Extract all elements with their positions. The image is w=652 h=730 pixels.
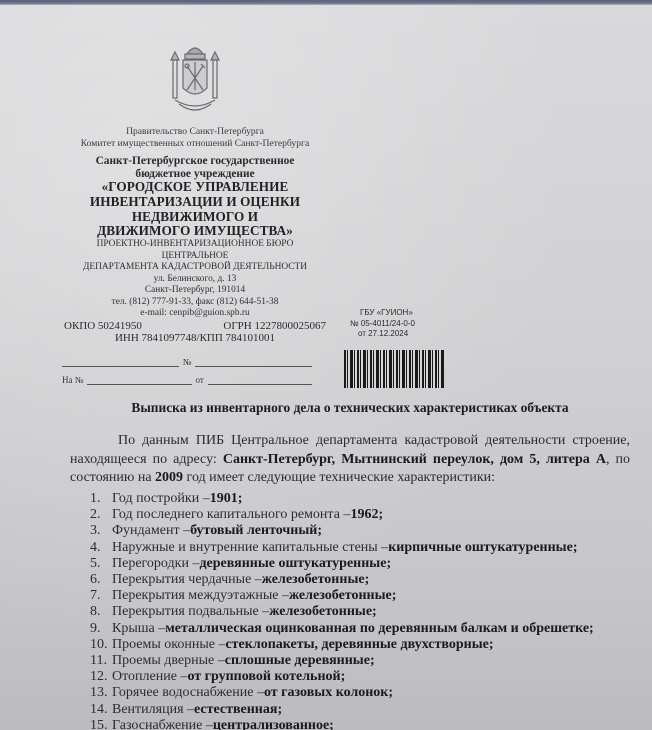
status-year: 2009 bbox=[155, 470, 183, 485]
number-label: № bbox=[179, 357, 196, 367]
item-value: 1901; bbox=[210, 491, 243, 507]
item-number: 13. bbox=[90, 685, 112, 701]
item-value: деревянные оштукатуренные; bbox=[199, 556, 391, 572]
item-label: Отопление – bbox=[112, 669, 187, 685]
item-value: от групповой котельной; bbox=[187, 669, 345, 685]
intro-text-3: год имеет следующие технические характер… bbox=[183, 470, 495, 485]
item-number: 11. bbox=[90, 653, 112, 669]
item-label: Газоснабжение – bbox=[112, 718, 213, 730]
reference-number-blank bbox=[87, 373, 191, 385]
list-item: 14.Вентиляция – естественная; bbox=[90, 702, 630, 718]
item-number: 1. bbox=[90, 491, 112, 507]
characteristics-list: 1.Год постройки – 1901; 2.Год последнего… bbox=[90, 491, 630, 730]
list-item: 8.Перекрытия подвальные – железобетонные… bbox=[90, 604, 630, 620]
org-name-line-3: НЕДВИЖИМОГО И bbox=[60, 210, 330, 225]
item-number: 7. bbox=[90, 588, 112, 604]
registration-stamp: ГБУ «ГУИОН» № 05-4011/24-0-0 от 27.12.20… bbox=[350, 308, 460, 340]
item-value: железобетонные; bbox=[269, 604, 376, 620]
list-item: 9.Крыша – металлическая оцинкованная по … bbox=[90, 621, 630, 637]
coat-of-arms-icon bbox=[165, 40, 225, 120]
phone-fax: тел. (812) 777-91-33, факс (812) 644-51-… bbox=[60, 297, 330, 309]
item-number: 14. bbox=[90, 702, 112, 718]
item-value: централизованное; bbox=[213, 718, 334, 730]
item-number: 15. bbox=[90, 718, 112, 730]
item-label: Перекрытия подвальные – bbox=[112, 604, 269, 620]
stamp-org: ГБУ «ГУИОН» bbox=[350, 308, 460, 319]
ogrn-code: ОГРН 1227800025067 bbox=[223, 320, 326, 333]
bureau-line-1: ПРОЕКТНО-ИНВЕНТАРИЗАЦИОННОЕ БЮРО bbox=[60, 239, 330, 251]
item-number: 4. bbox=[90, 540, 112, 556]
document-title: Выписка из инвентарного дела о техническ… bbox=[100, 400, 600, 416]
list-item: 1.Год постройки – 1901; bbox=[90, 491, 630, 507]
item-value: кирпичные оштукатуренные; bbox=[388, 540, 577, 556]
org-name-line-4: ДВИЖИМОГО ИМУЩЕСТВА» bbox=[60, 224, 330, 239]
item-number: 10. bbox=[90, 637, 112, 653]
item-label: Перекрытия чердачные – bbox=[112, 572, 262, 588]
list-item: 13.Горячее водоснабжение – от газовых ко… bbox=[90, 685, 630, 701]
item-label: Горячее водоснабжение – bbox=[112, 685, 264, 701]
letterhead: Правительство Санкт-Петербурга Комитет и… bbox=[60, 40, 330, 345]
street-address: ул. Белинского, д. 13 bbox=[60, 274, 330, 286]
list-item: 6.Перекрытия чердачные – железобетонные; bbox=[90, 572, 630, 588]
list-item: 7.Перекрытия междуэтажные – железобетонн… bbox=[90, 588, 630, 604]
item-label: Проемы оконные – bbox=[112, 637, 225, 653]
item-label: Перегородки – bbox=[112, 556, 199, 572]
registration-fields: № На № от bbox=[62, 349, 312, 385]
item-value: естественная; bbox=[194, 702, 282, 718]
item-value: железобетонные; bbox=[289, 588, 396, 604]
org-name-line-2: ИНВЕНТАРИЗАЦИИ И ОЦЕНКИ bbox=[60, 195, 330, 210]
reference-row: На № от bbox=[62, 367, 312, 385]
outgoing-number-blank bbox=[195, 355, 312, 367]
list-item: 15.Газоснабжение – централизованное; bbox=[90, 718, 630, 730]
list-item: 11.Проемы дверные – сплошные деревянные; bbox=[90, 653, 630, 669]
item-value: железобетонные; bbox=[262, 572, 369, 588]
list-item: 3.Фундамент – бутовый ленточный; bbox=[90, 523, 630, 539]
registry-codes-row: ОКПО 50241950 ОГРН 1227800025067 bbox=[60, 320, 330, 333]
stamp-date: от 27.12.2024 bbox=[350, 329, 460, 340]
item-number: 12. bbox=[90, 669, 112, 685]
org-type-line-1: Санкт-Петербургское государственное bbox=[60, 155, 330, 168]
item-value: бутовый ленточный; bbox=[190, 523, 322, 539]
item-label: Проемы дверные – bbox=[112, 653, 225, 669]
intro-paragraph: По данным ПИБ Центральное департамента к… bbox=[70, 432, 630, 488]
item-label: Вентиляция – bbox=[112, 702, 194, 718]
item-number: 2. bbox=[90, 507, 112, 523]
item-number: 8. bbox=[90, 604, 112, 620]
item-number: 6. bbox=[90, 572, 112, 588]
list-item: 4.Наружные и внутренние капитальные стен… bbox=[90, 540, 630, 556]
item-value: металлическая оцинкованная по деревянным… bbox=[165, 621, 593, 637]
bureau-line-3: ДЕПАРТАМЕНТА КАДАСТРОВОЙ ДЕЯТЕЛЬНОСТИ bbox=[60, 262, 330, 274]
city-postcode: Санкт-Петербург, 191014 bbox=[60, 285, 330, 297]
okpo-code: ОКПО 50241950 bbox=[64, 320, 142, 333]
list-item: 5.Перегородки – деревянные оштукатуренны… bbox=[90, 556, 630, 572]
object-address: Санкт-Петербург, Мытнинский переулок, до… bbox=[223, 452, 606, 467]
inn-kpp-code: ИНН 7841097748/КПП 784101001 bbox=[60, 332, 330, 345]
item-value: сплошные деревянные; bbox=[225, 653, 375, 669]
bureau-line-2: ЦЕНТРАЛЬНОЕ bbox=[60, 251, 330, 263]
document-page: Правительство Санкт-Петербурга Комитет и… bbox=[0, 5, 652, 730]
item-number: 9. bbox=[90, 621, 112, 637]
list-item: 2.Год последнего капитального ремонта – … bbox=[90, 507, 630, 523]
barcode bbox=[344, 350, 444, 388]
item-label: Фундамент – bbox=[112, 523, 190, 539]
item-value: от газовых колонок; bbox=[264, 685, 393, 701]
item-label: Год последнего капитального ремонта – bbox=[112, 507, 350, 523]
list-item: 12.Отопление – от групповой котельной; bbox=[90, 669, 630, 685]
item-number: 5. bbox=[90, 556, 112, 572]
item-label: Перекрытия междуэтажные – bbox=[112, 588, 289, 604]
item-value: стеклопакеты, деревянные двухстворные; bbox=[225, 637, 493, 653]
committee-name: Комитет имущественных отношений Санкт-Пе… bbox=[60, 138, 330, 150]
government-name: Правительство Санкт-Петербурга bbox=[60, 126, 330, 138]
stamp-number: № 05-4011/24-0-0 bbox=[350, 319, 460, 330]
email: e-mail: cenpib@guion.spb.ru bbox=[60, 308, 330, 320]
item-label: Год постройки – bbox=[112, 491, 210, 507]
org-name-line-1: «ГОРОДСКОЕ УПРАВЛЕНИЕ bbox=[60, 180, 330, 195]
item-label: Крыша – bbox=[112, 621, 165, 637]
reference-from-label: от bbox=[192, 375, 208, 385]
outgoing-number-row: № bbox=[62, 349, 312, 367]
reference-number-label: На № bbox=[62, 375, 87, 385]
list-item: 10.Проемы оконные – стеклопакеты, деревя… bbox=[90, 637, 630, 653]
item-number: 3. bbox=[90, 523, 112, 539]
outgoing-date-blank bbox=[62, 355, 179, 367]
item-label: Наружные и внутренние капитальные стены … bbox=[112, 540, 388, 556]
reference-date-blank bbox=[208, 373, 312, 385]
item-value: 1962; bbox=[350, 507, 383, 523]
